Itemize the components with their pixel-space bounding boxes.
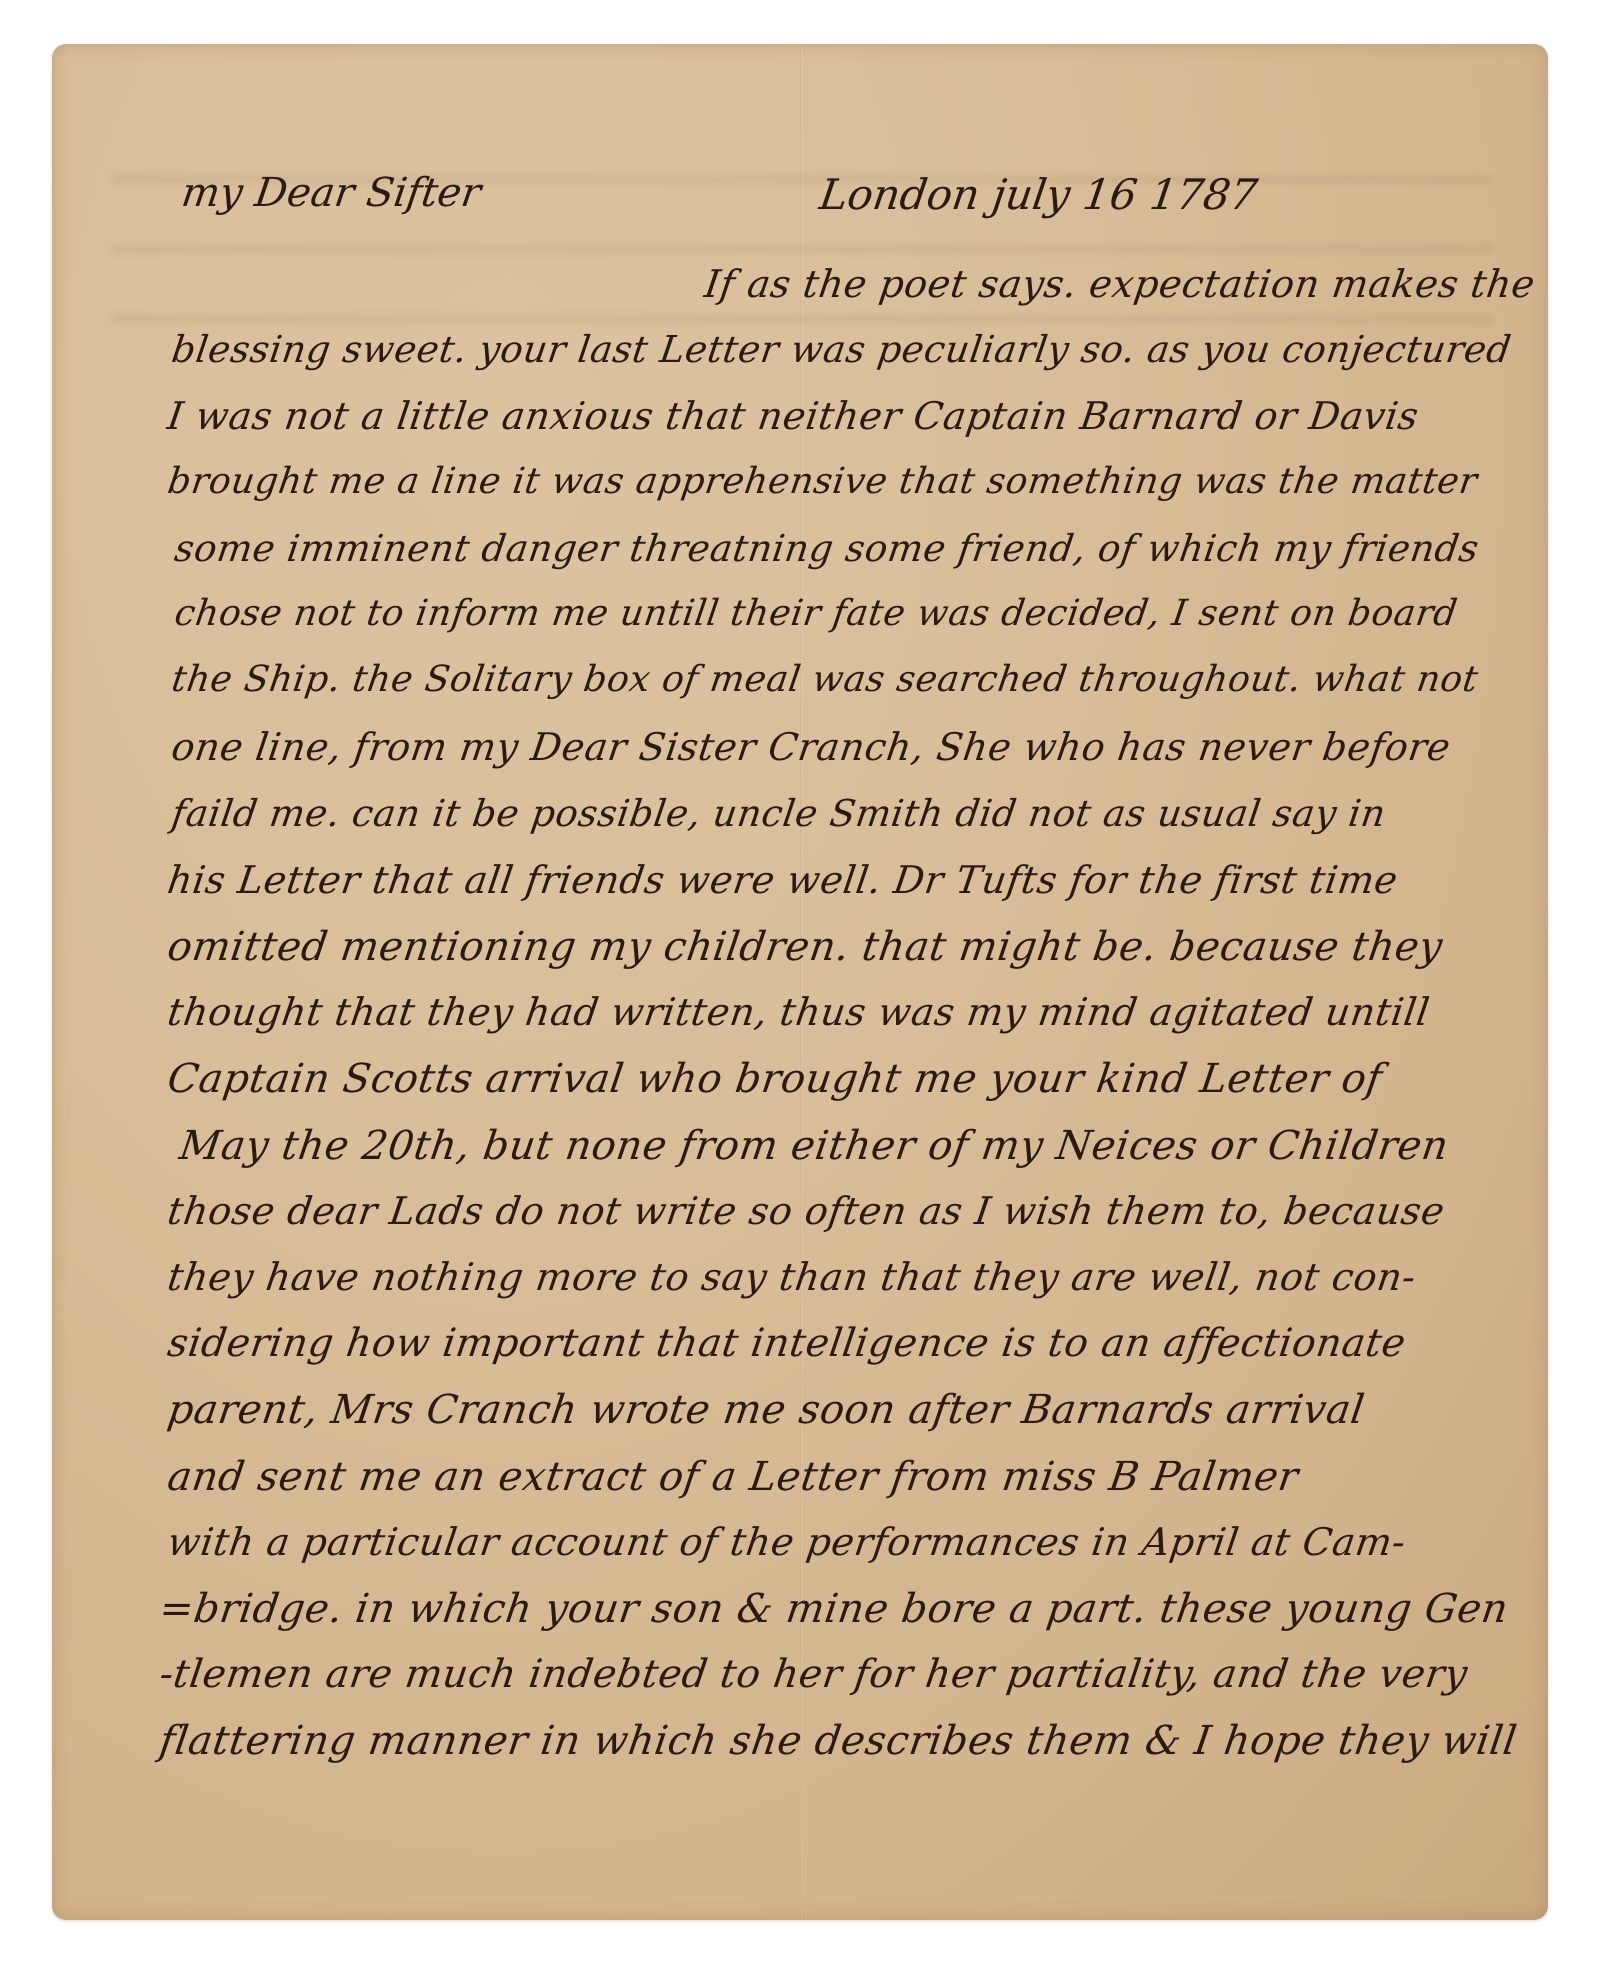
letter-line: chose not to inform me untill their fate… [172,593,1460,634]
letter-line: I was not a little anxious that neither … [165,394,1422,438]
letter-line: with a particular account of the perform… [165,1520,1409,1564]
letter-body: If as the poet says. expectation makes t… [0,0,1600,1963]
letter-line: blessing sweet. your last Letter was pec… [169,328,1514,371]
letter-line: If as the poet says. expectation makes t… [702,262,1538,306]
letter-line: parent, Mrs Cranch wrote me soon after B… [165,1387,1368,1433]
letter-line: omitted mentioning my children. that mig… [165,924,1446,970]
letter-line: some imminent danger threatning some fri… [172,527,1482,570]
letter-line: the Ship. the Solitary box of meal was s… [169,659,1481,700]
letter-line: thought that they had written, thus was … [165,990,1433,1034]
letter-line: they have nothing more to say than that … [165,1255,1419,1299]
letter-line: flattering manner in which she describes… [157,1718,1520,1764]
letter-line: brought me a line it was apprehensive th… [165,461,1480,502]
letter-line: faild me. can it be possible, uncle Smit… [169,792,1389,835]
letter-line: his Letter that all friends were well. D… [165,858,1401,902]
letter-line: Captain Scotts arrival who brought me yo… [165,1056,1385,1102]
letter-line: =bridge. in which your son & mine bore a… [157,1586,1511,1632]
letter-line: one line, from my Dear Sister Cranch, Sh… [169,725,1453,769]
letter-line: -tlemen are much indebted to her for her… [157,1652,1471,1697]
letter-line: May the 20th, but none from either of my… [177,1123,1452,1169]
letter-line: sidering how important that intelligence… [165,1321,1409,1366]
letter-line: and sent me an extract of a Letter from … [165,1454,1302,1500]
letter-line: those dear Lads do not write so often as… [165,1189,1448,1233]
